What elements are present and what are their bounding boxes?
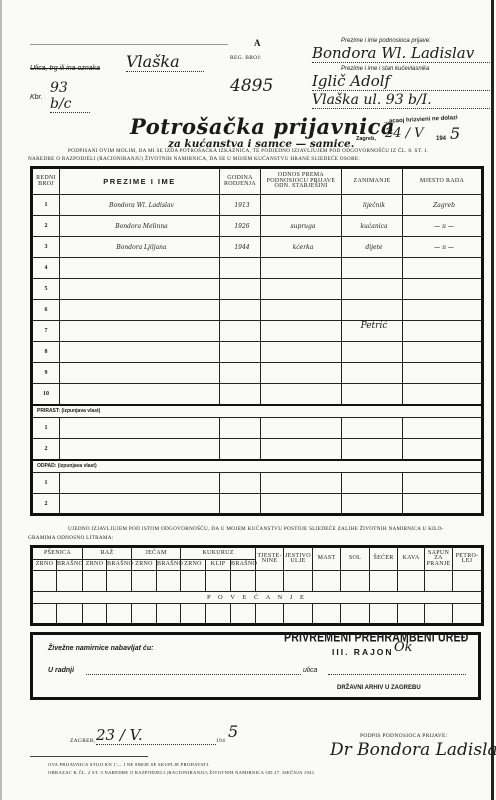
row-name — [60, 384, 220, 405]
row-name — [60, 279, 220, 300]
row-relation — [261, 384, 342, 405]
podnosilac-value: Bondora Wl. Ladislav — [312, 44, 490, 63]
row-number: 1 — [32, 418, 60, 439]
ulica-value: Vlaška — [126, 52, 204, 72]
row-year: 1944 — [220, 237, 261, 258]
col-sapun: SAPUN ZA PRANJE — [425, 547, 453, 571]
col-kukuruz-zrno: ZRNO — [181, 560, 206, 571]
col-raz-brasno: BRAŠNO — [107, 560, 132, 571]
document-page: A REG. BROJ: 4895 Ulica, trg ili ina ozn… — [0, 0, 496, 800]
row-occupation — [342, 300, 403, 321]
zalihe-header-row-1: PŠENICA RAŽ JEČAM KUKURUZ TJESTE-NINE JE… — [32, 547, 483, 560]
col-raz: RAŽ — [83, 547, 132, 560]
table-row: 4 — [32, 258, 483, 279]
row-workplace — [403, 384, 483, 405]
row-name — [60, 300, 220, 321]
row-occupation: kućanica — [342, 216, 403, 237]
row-occupation: liječnik — [342, 195, 403, 216]
received-stamp-year: 194 — [436, 136, 446, 142]
row-occupation: Petrić — [342, 321, 403, 342]
archive-stamp: DRŽAVNI ARHIV U ZAGREBU — [337, 685, 421, 691]
odpad-row: 1 — [32, 473, 483, 494]
zalihe-intro-line-1: UJEDNO IZJAVLJUJEM POD ISTOM ODGOVORNOŠĆ… — [68, 526, 444, 532]
zalihe-values-row — [32, 571, 483, 592]
footer-note-2: OBRAZAC K ČL. 2 ST. 3 NAREDBE O RAZPODJE… — [48, 770, 316, 775]
reg-broj-value: 4895 — [230, 76, 273, 96]
row-number: 5 — [32, 279, 60, 300]
nabava-label: Živežne namirnice nabavljat ću: — [48, 645, 153, 652]
col-zanimanje: ZANIMANJE — [342, 168, 403, 195]
received-stamp-date: 24 / V — [385, 126, 424, 141]
prirast-row: 1 — [32, 418, 483, 439]
ured-stamp-line-2: III. RAJON — [332, 647, 394, 657]
row-relation: supruga — [261, 216, 342, 237]
row-occupation: dijete — [342, 237, 403, 258]
col-kukuruz-brasno: BRAŠNO — [231, 560, 256, 571]
table-row: 9 — [32, 363, 483, 384]
col-raz-zrno: ZRNO — [83, 560, 107, 571]
row-relation — [261, 300, 342, 321]
row-workplace — [403, 279, 483, 300]
kucevlasnik-address: Vlaška ul. 93 b/I. — [312, 92, 490, 109]
row-year — [220, 321, 261, 342]
row-occupation — [342, 258, 403, 279]
col-odnos: ODNOS PREMA PODNOSIOCU PRIJAVE ODN. STAR… — [261, 168, 342, 195]
footer-rule — [30, 756, 148, 757]
col-tjestenine: TJESTE-NINE — [256, 547, 284, 571]
row-number: 9 — [32, 363, 60, 384]
row-occupation — [342, 384, 403, 405]
row-year — [220, 258, 261, 279]
col-kava: KAVA — [398, 547, 425, 571]
col-jecam-zrno: ZRNO — [132, 560, 157, 571]
row-workplace — [403, 363, 483, 384]
row-workplace: — ıı — — [403, 237, 483, 258]
zalihe-intro-line-2: GRAMIMA ODNOSNO LITRAMA: — [28, 535, 114, 541]
col-mjesto-rada: MJESTO RADA — [403, 168, 483, 195]
row-number: 7 — [32, 321, 60, 342]
col-ulje: JESTIVO ULJE — [284, 547, 313, 571]
row-number: 1 — [32, 473, 60, 494]
row-year — [220, 342, 261, 363]
row-occupation — [342, 363, 403, 384]
col-prezime-ime: PREZIME I IME — [60, 168, 220, 195]
table-row: 10 — [32, 384, 483, 405]
povecanje-values-row — [32, 604, 483, 625]
row-number: 3 — [32, 237, 60, 258]
row-year — [220, 300, 261, 321]
date-value: 23 / V. — [96, 726, 216, 745]
kbr-label: Kbr. — [30, 94, 43, 101]
form-letter: A — [254, 38, 261, 48]
row-name: Bondora Wl. Ladislav — [60, 195, 220, 216]
table-row: 2 Bondora Melinna 1926 supruga kućanica … — [32, 216, 483, 237]
table-row: 5 — [32, 279, 483, 300]
table-row: 8 — [32, 342, 483, 363]
row-year: 1926 — [220, 216, 261, 237]
table-row: 1 Bondora Wl. Ladislav 1913 liječnik Zag… — [32, 195, 483, 216]
intro-line-1: PODPISANI OVIM MOLIM, DA MI SE IZDA POTR… — [68, 148, 428, 154]
row-relation — [261, 342, 342, 363]
prirast-row: 2 — [32, 439, 483, 460]
povecanje-row: P O V E Ć A N J E — [32, 592, 483, 604]
row-number: 8 — [32, 342, 60, 363]
col-jecam: JEČAM — [132, 547, 181, 560]
row-number: 10 — [32, 384, 60, 405]
scan-edge-right — [491, 0, 494, 800]
prirast-label: PRIRAST: (izpunjava vlast) — [32, 405, 483, 418]
row-name: Bondora Ljiljana — [60, 237, 220, 258]
row-year — [220, 384, 261, 405]
place-label: ZAGREB, — [70, 738, 95, 744]
row-workplace — [403, 300, 483, 321]
header-rule — [30, 44, 228, 45]
row-number: 4 — [32, 258, 60, 279]
col-kukuruz-klip: KLIP — [206, 560, 231, 571]
col-kukuruz: KUKURUZ — [181, 547, 256, 560]
row-relation — [261, 258, 342, 279]
col-redni-broj: REDNI BROJ — [32, 168, 60, 195]
table-row: 3 Bondora Ljiljana 1944 kćerka dijete — … — [32, 237, 483, 258]
table-row: 7 Petrić — [32, 321, 483, 342]
row-number: 2 — [32, 494, 60, 515]
ured-stamp-signature: Ok — [394, 640, 413, 655]
intro-line-2: NAREDBE O RAZPODJELI (RACIONIRANJU) ŽIVO… — [28, 156, 360, 162]
col-sol: SOL — [341, 547, 370, 571]
row-workplace — [403, 321, 483, 342]
row-number: 2 — [32, 216, 60, 237]
col-secer: ŠEĆER — [370, 547, 398, 571]
persons-table: REDNI BROJ PREZIME I IME GODINA RODJENJA… — [30, 166, 484, 516]
row-relation — [261, 279, 342, 300]
kucevlasnik-value: Iglič Adolf — [312, 72, 490, 91]
ulica-label: Ulica, trg ili ina oznaka — [30, 65, 100, 72]
row-number: 1 — [32, 195, 60, 216]
row-name — [60, 342, 220, 363]
row-name: Bondora Melinna — [60, 216, 220, 237]
ulica-field[interactable] — [328, 674, 466, 675]
col-psenica: PŠENICA — [32, 547, 83, 560]
odpad-row: 2 — [32, 494, 483, 515]
row-relation — [261, 321, 342, 342]
povecanje-label: P O V E Ć A N J E — [32, 592, 483, 604]
ured-stamp-line-1: PRIVREMENI PREHRAMBENI UREĐ — [284, 631, 469, 645]
row-relation: kćerka — [261, 237, 342, 258]
persons-table-header: REDNI BROJ PREZIME I IME GODINA RODJENJA… — [32, 168, 483, 195]
row-number: 6 — [32, 300, 60, 321]
col-petrolej: PETRO-LEJ — [453, 547, 483, 571]
row-year — [220, 279, 261, 300]
signature-value: Dr Bondora Ladislav — [330, 740, 496, 760]
reg-broj-label: REG. BROJ: — [230, 55, 262, 61]
received-stamp-year-hand: 5 — [450, 124, 460, 143]
footer-note-1: OVA PRIJAVNICA STOJI KN 1'— I NE SMIJE S… — [48, 762, 210, 767]
radnja-label: U radnji — [48, 667, 74, 674]
prirast-section-row: PRIRAST: (izpunjava vlast) — [32, 405, 483, 418]
scan-edge-left — [0, 0, 2, 800]
row-relation — [261, 363, 342, 384]
row-workplace — [403, 258, 483, 279]
row-name — [60, 321, 220, 342]
zalihe-table: PŠENICA RAŽ JEČAM KUKURUZ TJESTE-NINE JE… — [30, 545, 484, 626]
signature-label: PODPIS PODNOSIOCA PRIJAVE: — [360, 733, 447, 739]
kbr-value: 93 b/c — [50, 80, 90, 113]
col-mast: MAST — [313, 547, 341, 571]
row-number: 2 — [32, 439, 60, 460]
col-godina: GODINA RODJENJA — [220, 168, 261, 195]
received-stamp-city: Zagreb, — [356, 136, 376, 142]
odpad-section-row: ODPAD: (izpunjava vlast) — [32, 460, 483, 473]
row-name — [60, 258, 220, 279]
ulica-field-label: ulica — [303, 667, 317, 674]
row-year: 1913 — [220, 195, 261, 216]
col-jecam-brasno: BRAŠNO — [157, 560, 181, 571]
row-year — [220, 363, 261, 384]
odpad-label: ODPAD: (izpunjava vlast) — [32, 460, 483, 473]
col-psenica-brasno: BRAŠNO — [57, 560, 83, 571]
row-relation — [261, 195, 342, 216]
radnja-field[interactable] — [86, 674, 301, 675]
col-psenica-zrno: ZRNO — [32, 560, 57, 571]
row-occupation — [342, 342, 403, 363]
row-workplace: Zagreb — [403, 195, 483, 216]
row-workplace — [403, 342, 483, 363]
row-name — [60, 363, 220, 384]
year-prefix: 194 — [216, 738, 225, 744]
row-occupation — [342, 279, 403, 300]
table-row: 6 — [32, 300, 483, 321]
row-workplace: — ıı — — [403, 216, 483, 237]
year-hand: 5 — [228, 722, 238, 741]
